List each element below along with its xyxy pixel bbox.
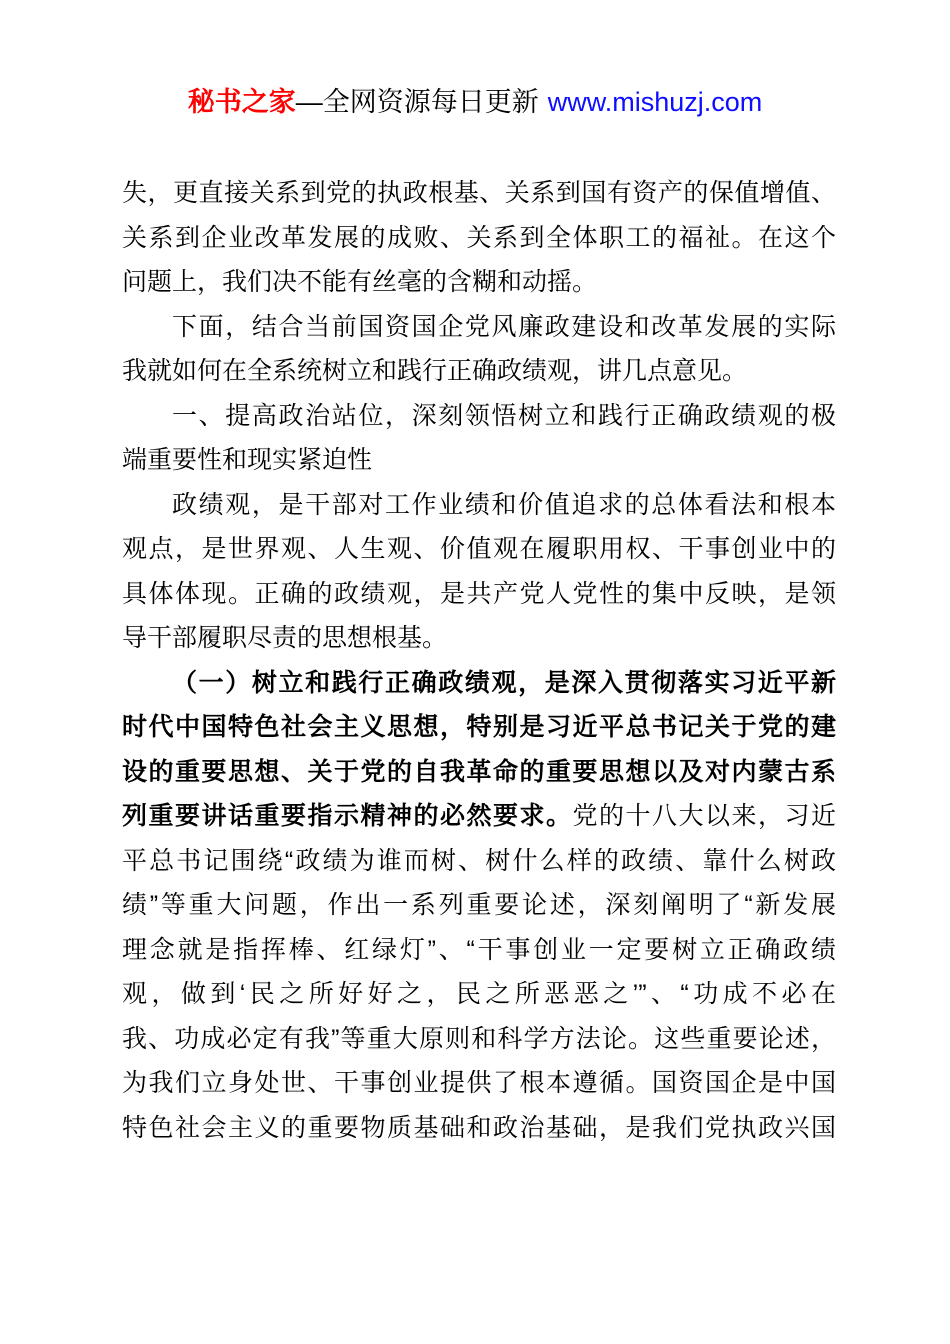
site-header: 秘书之家—全网资源每日更新www.mishuzj.com (0, 86, 950, 118)
document-line: 具体体现。正确的政绩观，是共产党人党性的集中反映，是领 (122, 572, 836, 617)
document-line: 理念就是指挥棒、红绿灯”、“干事创业一定要树立正确政绩 (122, 928, 836, 973)
document-line: 为我们立身处世、干事创业提供了根本遵循。国资国企是中国 (122, 1061, 836, 1106)
regular-text-segment: 党的十八大以来，习近 (572, 802, 836, 830)
document-line: 关系到企业改革发展的成败、关系到全体职工的福祉。在这个 (122, 216, 836, 261)
section-heading-line: 端重要性和现实紧迫性 (122, 438, 836, 483)
document-line: 观，做到‘民之所好好之，民之所恶恶之’”、“功成不必在 (122, 972, 836, 1017)
document-line: 失，更直接关系到党的执政根基、关系到国有资产的保值增值、 (122, 171, 836, 216)
document-line: 平总书记围绕“政绩为谁而树、树什么样的政绩、靠什么树政 (122, 839, 836, 884)
mixed-weight-line: 列重要讲话重要指示精神的必然要求。党的十八大以来，习近 (122, 794, 836, 839)
document-line: 我、功成必定有我”等重大原则和科学方法论。这些重要论述， (122, 1017, 836, 1062)
document-line: 绩”等重大问题，作出一系列重要论述，深刻阐明了“新发展 (122, 883, 836, 928)
document-line: 问题上，我们决不能有丝毫的含糊和动摇。 (122, 260, 836, 305)
site-url: www.mishuzj.com (548, 87, 763, 117)
bold-text-segment: 列重要讲话重要指示精神的必然要求。 (122, 802, 572, 830)
document-line: 政绩观，是干部对工作业绩和价值追求的总体看法和根本 (122, 483, 836, 528)
document-body: 失，更直接关系到党的执政根基、关系到国有资产的保值增值、 关系到企业改革发展的成… (122, 171, 836, 1150)
document-line: 下面，结合当前国资国企党风廉政建设和改革发展的实际 (122, 305, 836, 350)
bold-subheading-line: 时代中国特色社会主义思想，特别是习近平总书记关于党的建 (122, 705, 836, 750)
document-line: 观点，是世界观、人生观、价值观在履职用权、干事创业中的 (122, 527, 836, 572)
bold-subheading-line: 设的重要思想、关于党的自我革命的重要思想以及对内蒙古系 (122, 750, 836, 795)
site-name: 秘书之家 (188, 87, 296, 117)
document-line: 特色社会主义的重要物质基础和政治基础，是我们党执政兴国 (122, 1106, 836, 1151)
site-tagline: —全网资源每日更新 (296, 87, 539, 117)
document-line: 我就如何在全系统树立和践行正确政绩观，讲几点意见。 (122, 349, 836, 394)
section-heading-line: 一、提高政治站位，深刻领悟树立和践行正确政绩观的极 (122, 394, 836, 439)
document-line: 导干部履职尽责的思想根基。 (122, 616, 836, 661)
bold-subheading-line: （一）树立和践行正确政绩观，是深入贯彻落实习近平新 (122, 661, 836, 706)
document-page: 秘书之家—全网资源每日更新www.mishuzj.com 失，更直接关系到党的执… (0, 0, 950, 1344)
